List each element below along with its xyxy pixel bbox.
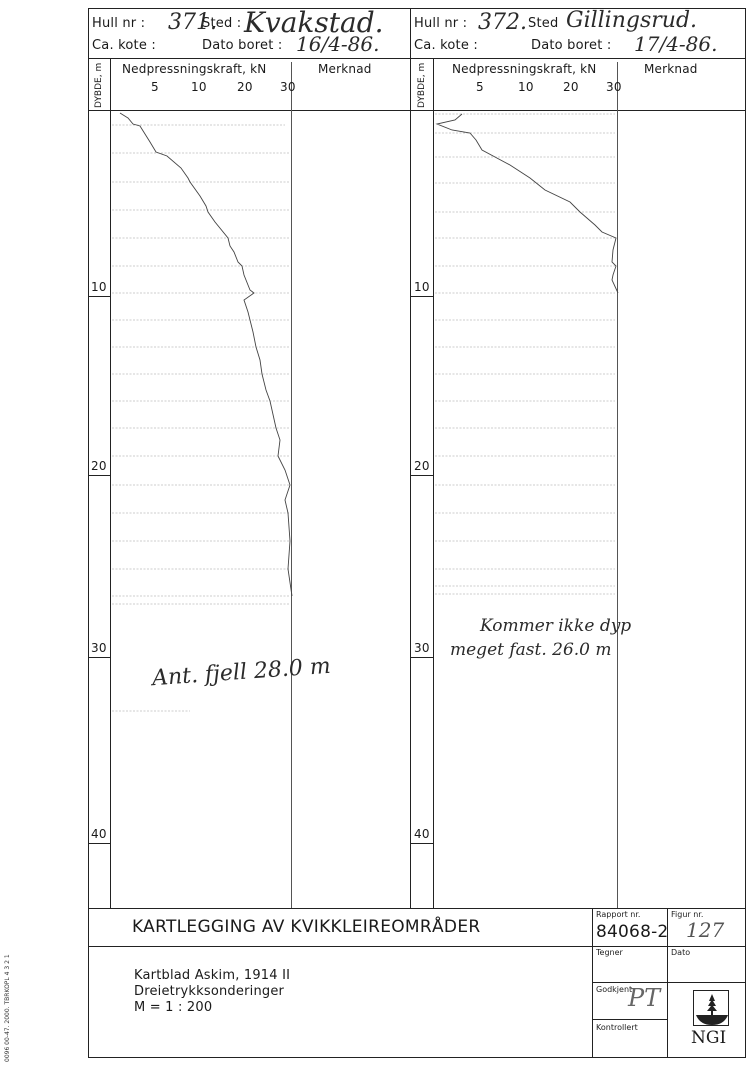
- godkjent-label: Godkjent: [596, 985, 632, 994]
- tegner-divider: [592, 982, 667, 983]
- tegner-label: Tegner: [596, 948, 623, 957]
- rapport-label: Rapport nr.: [596, 910, 640, 919]
- method: Dreietrykksonderinger: [134, 984, 284, 1000]
- kontrollert-label: Kontrollert: [596, 1023, 638, 1032]
- ngi-logo: [693, 990, 729, 1026]
- sounding-traces: [0, 0, 755, 1075]
- dato-divider: [667, 982, 746, 983]
- map-sheet: Kartblad Askim, 1914 II: [134, 968, 290, 984]
- figur-number: 127: [686, 918, 724, 942]
- print-code: 0096 00-47. 2000. TBRKOPL 4 3 2 1: [4, 954, 11, 1062]
- rapport-number: 84068-2: [596, 922, 668, 942]
- title-divider: [88, 946, 746, 947]
- title-top-border: [88, 908, 746, 909]
- title-column-border: [592, 908, 593, 1058]
- godkjent-signature: PT: [628, 984, 660, 1012]
- tree-icon: [694, 991, 729, 1026]
- project-title: KARTLEGGING AV KVIKKLEIREOMRÅDER: [132, 917, 480, 937]
- ngi-logo-text: NGI: [691, 1028, 726, 1048]
- dato-label: Dato: [671, 948, 690, 957]
- godkjent-divider: [592, 1019, 667, 1020]
- scale: M = 1 : 200: [134, 1000, 212, 1016]
